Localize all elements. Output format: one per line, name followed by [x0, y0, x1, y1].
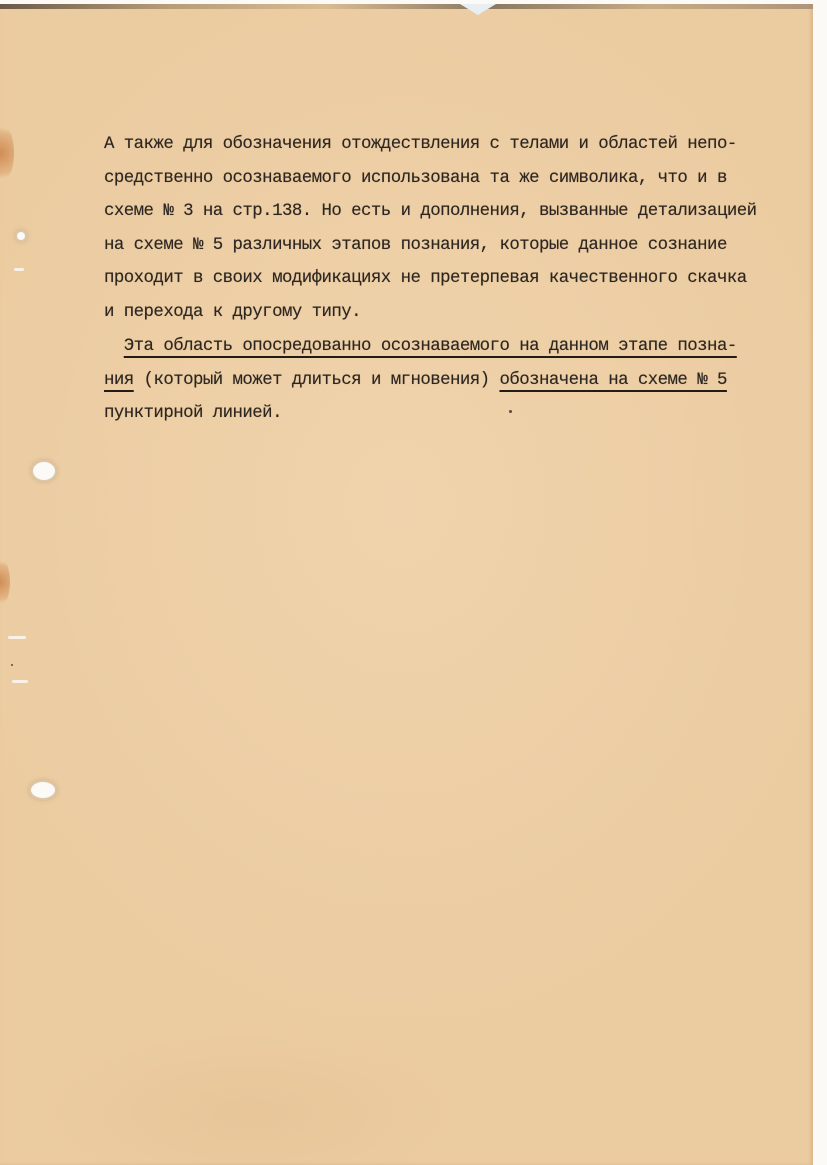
- text-run: (который может длиться и мгновения): [134, 371, 500, 390]
- text-run: средственно осознаваемого использована т…: [104, 169, 727, 188]
- text-line: А также для обозначения отождествления с…: [104, 128, 794, 162]
- underlined-text: ния: [104, 371, 134, 390]
- ink-speck: [11, 664, 13, 666]
- punch-hole: [31, 782, 55, 798]
- rust-stain: [0, 122, 14, 184]
- text-line: схеме № 3 на стр.138. Но есть и дополнен…: [104, 195, 794, 229]
- paragraph-2: Эта область опосредованно осознаваемого …: [104, 330, 794, 431]
- text-line: ния (который может длиться и мгновения) …: [104, 364, 794, 398]
- punch-hole: [33, 462, 55, 480]
- text-line: и перехода к другому типу.: [104, 296, 794, 330]
- text-line: пунктирной линией.: [104, 397, 794, 431]
- paper-nick: [12, 680, 28, 683]
- torn-top-edge: [0, 4, 813, 9]
- text-line: средственно осознаваемого использована т…: [104, 162, 794, 196]
- text-run: и перехода к другому типу.: [104, 303, 361, 322]
- typed-text-body: А также для обозначения отождествления с…: [104, 128, 794, 431]
- text-line: Эта область опосредованно осознаваемого …: [104, 330, 794, 364]
- text-line: на схеме № 5 различных этапов познания, …: [104, 229, 794, 263]
- text-run: А также для обозначения отождествления с…: [104, 135, 737, 154]
- text-run: на схеме № 5 различных этапов познания, …: [104, 236, 727, 255]
- text-run: пунктирной линией.: [104, 404, 282, 423]
- punch-hole: [17, 232, 25, 240]
- paper-nick: [8, 636, 26, 639]
- paragraph-1: А также для обозначения отождествления с…: [104, 128, 794, 329]
- scanned-page: А также для обозначения отождествления с…: [0, 0, 827, 1165]
- paper-nick: [14, 268, 24, 271]
- text-run: схеме № 3 на стр.138. Но есть и дополнен…: [104, 202, 756, 221]
- text-line: проходит в своих модификациях не претерп…: [104, 262, 794, 296]
- folded-corner: [460, 4, 496, 15]
- underlined-text: обозначена на схеме № 5: [499, 371, 726, 390]
- rust-stain: [0, 556, 10, 608]
- underlined-text: Эта область опосредованно осознаваемого …: [124, 337, 737, 356]
- text-run: проходит в своих модификациях не претерп…: [104, 269, 747, 288]
- indent: [104, 337, 124, 356]
